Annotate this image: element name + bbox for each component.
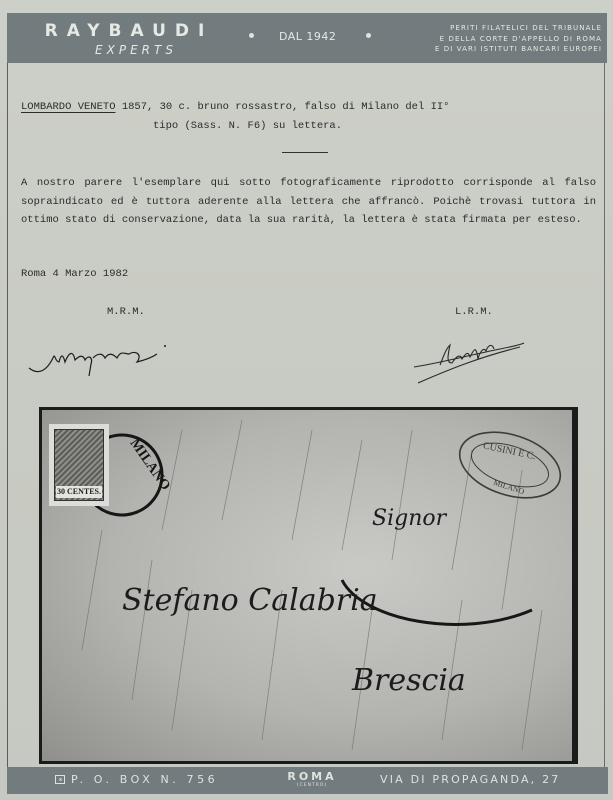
postage-stamp: 30 CENTES. (49, 424, 109, 506)
stamp-design: 30 CENTES. (54, 429, 104, 501)
country-heading: LOMBARDO VENETO (21, 101, 116, 113)
svg-text:Stefano Calabria: Stefano Calabria (122, 583, 378, 618)
established-year: DAL 1942 (279, 30, 336, 43)
footer-band: P. O. BOX N. 756 ROMA (CENTRO) VIA DI PR… (7, 767, 608, 794)
tagline-line: E DI VARI ISTITUTI BANCARI EUROPEI (392, 44, 602, 55)
svg-text:CUSINI E C.: CUSINI E C. (482, 440, 537, 462)
city-district: (CENTRO) (277, 783, 347, 789)
bullet-icon (249, 33, 254, 38)
expert-opinion: A nostro parere l'esemplare qui sotto fo… (21, 174, 596, 230)
signature-right (410, 335, 530, 385)
signatory-initials-right: L.R.M. (455, 306, 493, 318)
street-address: VIA DI PROPAGANDA, 27 (380, 773, 560, 786)
tagline-line: E DELLA CORTE D'APPELLO DI ROMA (392, 34, 602, 45)
frame-border-left (7, 63, 8, 770)
svg-text:Brescia: Brescia (351, 663, 466, 698)
brand-name: RAYBAUDI (29, 21, 229, 41)
city: ROMA (CENTRO) (277, 770, 347, 789)
brand-subtitle: EXPERTS (29, 42, 229, 58)
letterhead-band: RAYBAUDI EXPERTS DAL 1942 PERITI FILATEL… (7, 13, 607, 63)
description-line-1: 1857, 30 c. bruno rossastro, falso di Mi… (122, 101, 450, 113)
description-line-2: tipo (Sass. N. F6) su lettera. (21, 117, 591, 136)
envelope-icon (55, 775, 65, 784)
signature-left (25, 340, 175, 380)
frame-border-right (604, 63, 605, 770)
po-box: P. O. BOX N. 756 (71, 773, 218, 786)
divider (282, 152, 328, 153)
signatory-initials-left: M.R.M. (107, 306, 145, 318)
city-name: ROMA (277, 770, 347, 783)
tagline-line: PERITI FILATELICI DEL TRIBUNALE (392, 23, 602, 34)
tagline: PERITI FILATELICI DEL TRIBUNALE E DELLA … (392, 23, 602, 55)
certificate-subject: LOMBARDO VENETO 1857, 30 c. bruno rossas… (21, 98, 591, 136)
svg-text:Signor: Signor (372, 506, 448, 531)
stamp-value: 30 CENTES. (56, 486, 102, 498)
letter-script: CUSINI E C. MILANO MILANO Signor Stefano… (42, 410, 572, 761)
bullet-icon (366, 33, 371, 38)
issue-date: Roma 4 Marzo 1982 (21, 268, 128, 280)
brand: RAYBAUDI EXPERTS (29, 21, 229, 58)
letter-photograph: CUSINI E C. MILANO MILANO Signor Stefano… (39, 407, 578, 764)
certificate-page: RAYBAUDI EXPERTS DAL 1942 PERITI FILATEL… (0, 0, 613, 800)
